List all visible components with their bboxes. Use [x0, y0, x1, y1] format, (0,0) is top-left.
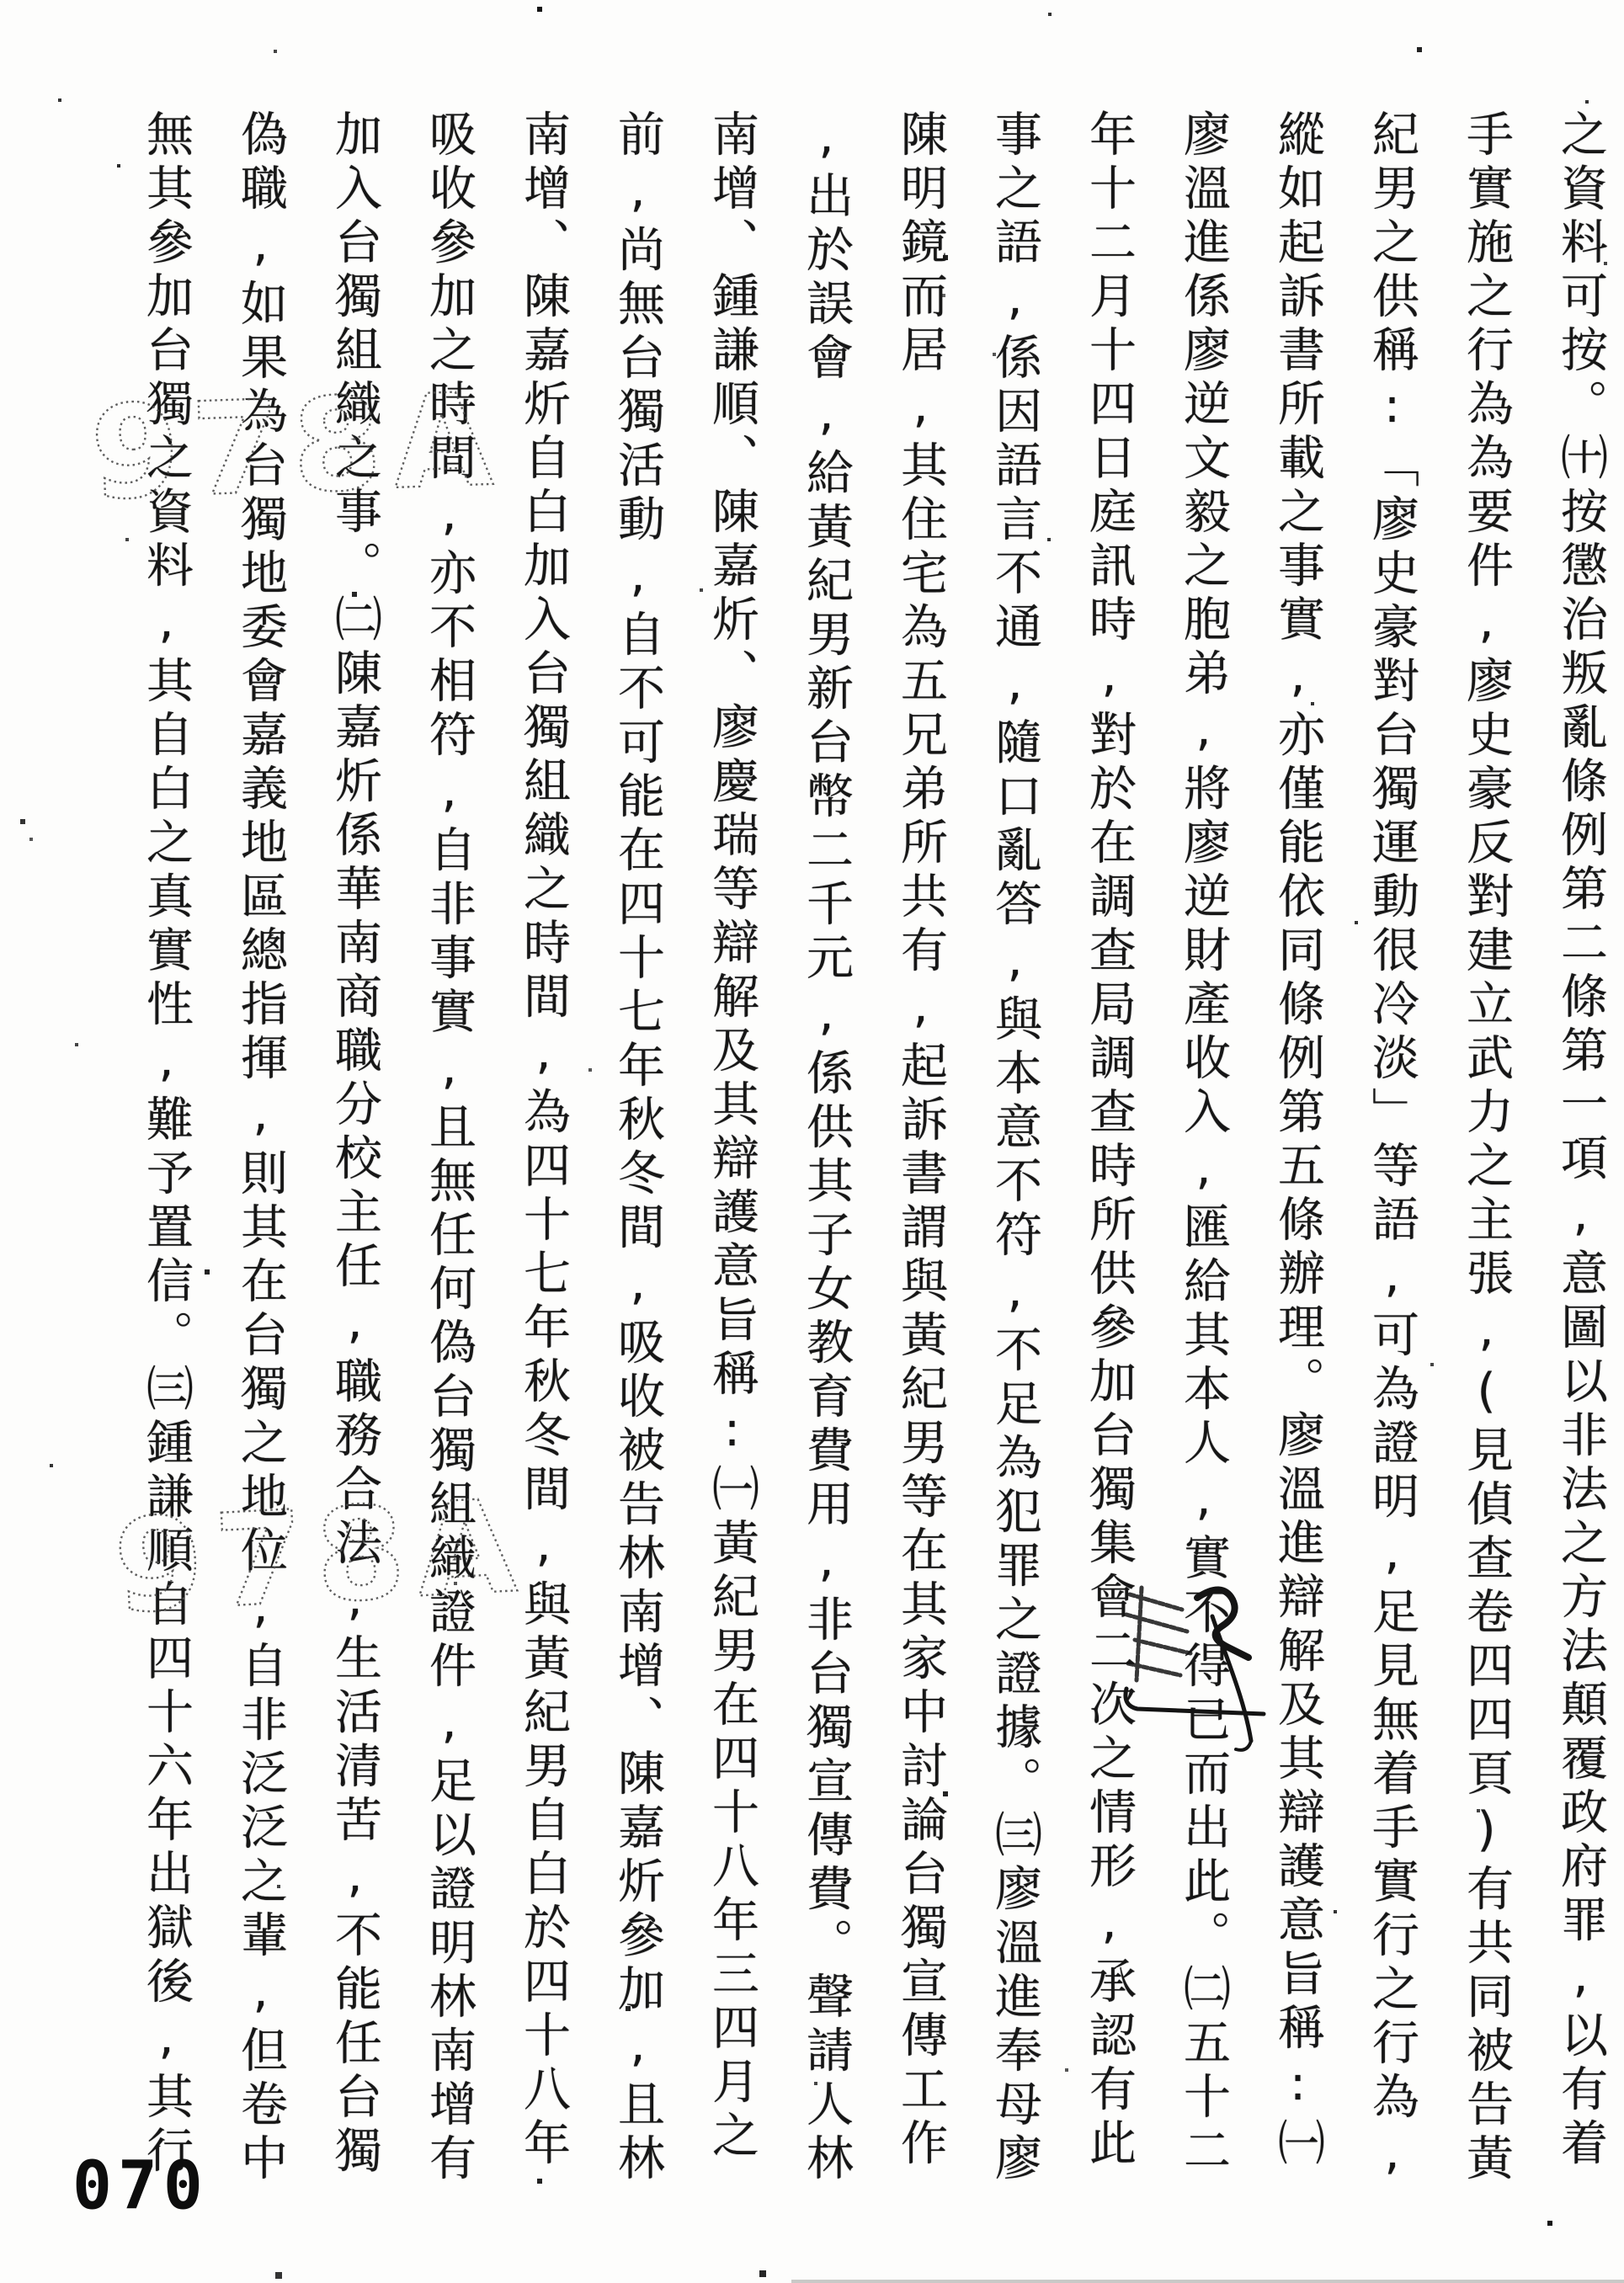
text-column-6: 年十二月十四日庭訊時,對於在調查局調查時所供參加台獨集會二次之情形,承認有此	[1085, 109, 1132, 2189]
embossed-stamp-upper: 978A	[82, 362, 558, 538]
text-column-2: 手實施之行為為要件,廖史豪反對建立武力之主張,(見偵查卷四四頁)有共同被告黃	[1462, 109, 1510, 2189]
handwritten-scribble	[1116, 1562, 1302, 1773]
scan-edge-shadow	[791, 2280, 1624, 2283]
scanned-document-page: 之資料可按。㈩按懲治叛亂條例第二條第一項,意圖以非法之方法顛覆政府罪,以有着手實…	[0, 0, 1624, 2283]
text-column-4: 縱如起訴書所載之事實,亦僅能依同條例第五條辦理。廖溫進辯解及其辯護意旨稱:㈠	[1274, 109, 1321, 2189]
text-column-9: ,出於誤會,給黃紀男新台幣二千元,係供其子女教育費用,非台獨宣傳費。聲請人林	[802, 109, 849, 2189]
text-column-5: 廖溫進係廖逆文毅之胞弟,將廖逆財產收入,匯給其本人,實不得已而出此。㈡五十二	[1179, 109, 1227, 2189]
embossed-stamp-upper-text: 978A	[88, 365, 507, 528]
text-column-10: 南增、鍾謙順、陳嘉炘、廖慶瑞等辯解及其辯護意旨稱:㈠黃紀男在四十八年三四月之	[708, 109, 755, 2189]
text-column-7: 事之語,係因語言不通,隨口亂答,與本意不符,不足為犯罪之證據。㈢廖溫進奉母廖	[991, 109, 1038, 2189]
page-number: 070	[72, 2147, 209, 2225]
embossed-stamp-lower: 978A	[104, 1467, 583, 1652]
text-column-3: 紀男之供稱:「廖史豪對台獨運動很冷淡」等語,可為證明,足見無着手實行之行為,	[1368, 109, 1415, 2189]
text-column-8: 陳明鏡而居,其住宅為五兄弟所共有,起訴書謂與黃紀男等在其家中討論台獨宣傳工作	[897, 109, 944, 2189]
text-column-1: 之資料可按。㈩按懲治叛亂條例第二條第一項,意圖以非法之方法顛覆政府罪,以有着	[1557, 109, 1604, 2189]
text-column-11: 前,尚無台獨活動,自不可能在四十七年秋冬間,吸收被告林南增、陳嘉炘參加,且林	[614, 109, 661, 2189]
embossed-stamp-lower-text: 978A	[110, 1471, 531, 1642]
scan-noise	[0, 0, 2, 2]
